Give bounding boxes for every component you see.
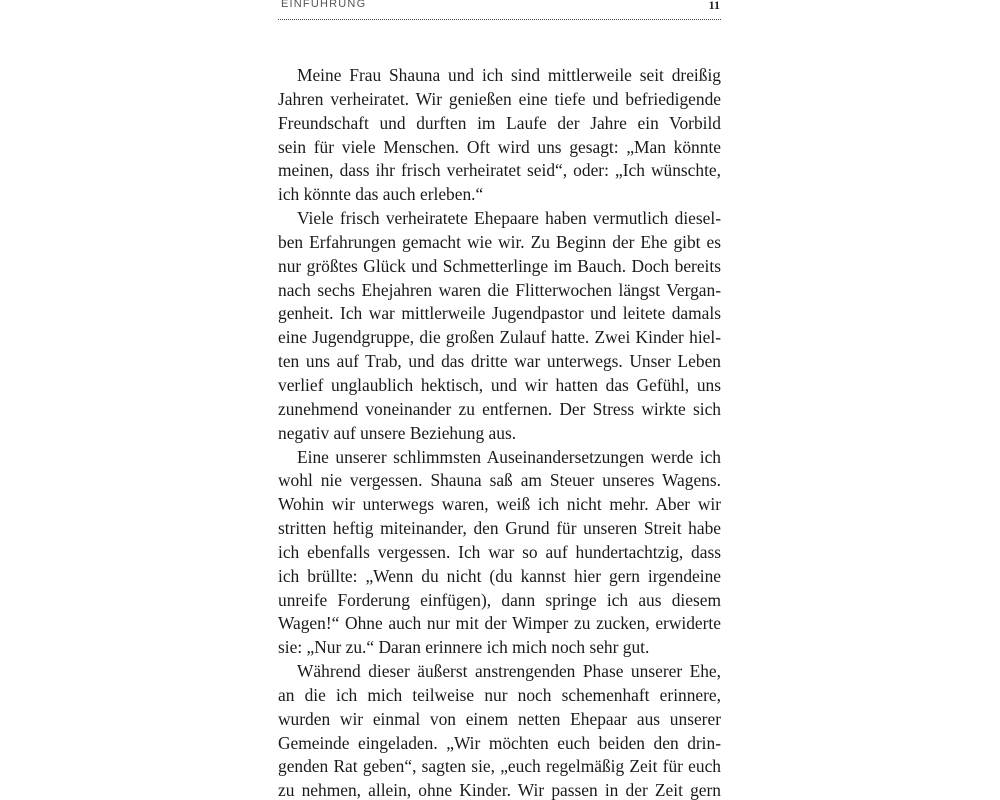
section-title: EINFÜHRUNG: [281, 0, 366, 10]
text-line: Freundschaft und durften im Laufe der Ja…: [278, 112, 721, 136]
text-line: an die ich mich teilweise nur noch schem…: [278, 684, 721, 708]
text-line: Meine Frau Shauna und ich sind mittlerwe…: [278, 64, 721, 88]
text-line: nur größtes Glück und Schmetterlinge im …: [278, 255, 721, 279]
body-text: Meine Frau Shauna und ich sind mittlerwe…: [278, 64, 721, 800]
text-line: meinen, dass ihr frisch verheiratet seid…: [278, 159, 721, 183]
text-line: negativ auf unsere Beziehung aus.: [278, 422, 721, 446]
text-line: zunehmend voneinander zu entfernen. Der …: [278, 398, 721, 422]
text-line: ben Erfahrungen gemacht wie wir. Zu Begi…: [278, 231, 721, 255]
paragraph: Meine Frau Shauna und ich sind mittlerwe…: [278, 64, 721, 207]
running-header: EINFÜHRUNG 11: [278, 0, 721, 14]
text-line: stritten heftig miteinander, den Grund f…: [278, 517, 721, 541]
paragraph: Viele frisch verheiratete Ehepaare haben…: [278, 207, 721, 445]
text-line: eine Jugendgruppe, die großen Zulauf hat…: [278, 326, 721, 350]
dotted-divider: [278, 19, 721, 20]
paragraph: Während dieser äußerst anstrengenden Pha…: [278, 660, 721, 800]
text-line: ten uns auf Trab, und das dritte war unt…: [278, 350, 721, 374]
text-line: genden Rat geben“, sagten sie, „euch reg…: [278, 755, 721, 779]
text-line: Jahren verheiratet. Wir genießen eine ti…: [278, 88, 721, 112]
book-page: EINFÜHRUNG 11 Meine Frau Shauna und ich …: [278, 0, 721, 14]
text-line: ich könnte das auch erleben.“: [278, 183, 721, 207]
text-line: sein für viele Menschen. Oft wird uns ge…: [278, 136, 721, 160]
text-line: Eine unserer schlimmsten Auseinandersetz…: [278, 446, 721, 470]
text-line: Wohin wir unterwegs waren, weiß ich nich…: [278, 493, 721, 517]
text-line: nach sechs Ehejahren waren die Flitterwo…: [278, 279, 721, 303]
text-line: Gemeinde eingeladen. „Wir möchten euch b…: [278, 732, 721, 756]
text-line: Viele frisch verheiratete Ehepaare haben…: [278, 207, 721, 231]
text-line: sie: „Nur zu.“ Daran erinnere ich mich n…: [278, 636, 721, 660]
text-line: Während dieser äußerst anstrengenden Pha…: [278, 660, 721, 684]
page-number: 11: [709, 0, 720, 13]
paragraph: Eine unserer schlimmsten Auseinandersetz…: [278, 446, 721, 661]
text-line: ich brüllte: „Wenn du nicht (du kannst h…: [278, 565, 721, 589]
text-line: wurden wir einmal von einem netten Ehepa…: [278, 708, 721, 732]
text-line: verlief unglaublich hektisch, und wir ha…: [278, 374, 721, 398]
text-line: ich ebenfalls vergessen. Ich war so auf …: [278, 541, 721, 565]
text-line: genheit. Ich war mittlerweile Jugendpast…: [278, 302, 721, 326]
text-line: wohl nie vergessen. Shauna saß am Steuer…: [278, 469, 721, 493]
text-line: unreife Forderung einfügen), dann spring…: [278, 589, 721, 613]
text-line: zu nehmen, allein, ohne Kinder. Wir pass…: [278, 779, 721, 800]
text-line: Wagen!“ Ohne auch nur mit der Wimper zu …: [278, 612, 721, 636]
